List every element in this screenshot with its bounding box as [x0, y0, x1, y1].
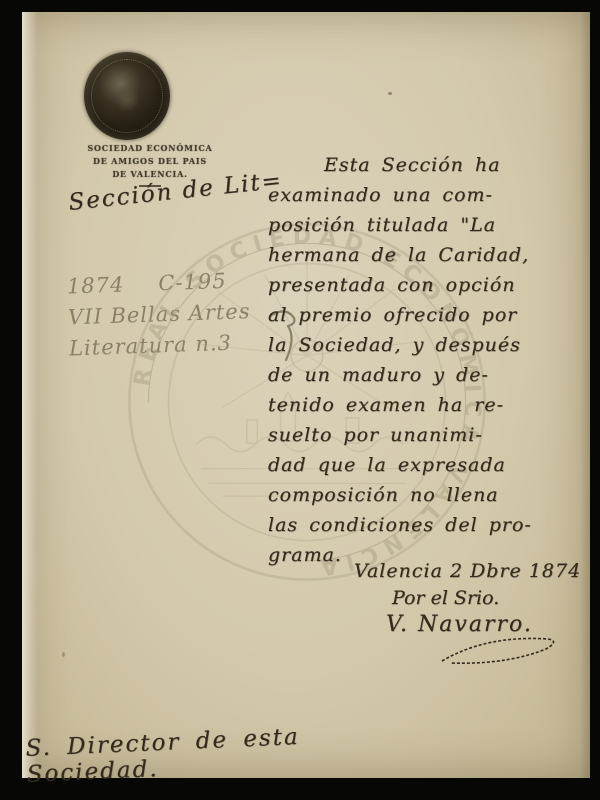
body-line: suelto por unanimi- — [268, 420, 584, 450]
letter-body: Esta Sección ha examinado una com- posic… — [268, 150, 584, 570]
body-line: hermana de la Caridad, — [268, 240, 584, 270]
document-page: SOCIEDAD ECONÓMICA DE AMIGOS DEL PAIS DE… — [22, 12, 590, 778]
secretary-line: Por el Srio. — [268, 587, 598, 609]
signature-flourish-icon — [436, 633, 566, 667]
scan-background: SOCIEDAD ECONÓMICA DE AMIGOS DEL PAIS DE… — [0, 0, 600, 800]
body-line: las condiciones del pro- — [268, 510, 584, 540]
ink-seal-stamp — [84, 52, 170, 140]
body-line: tenido examen ha re- — [268, 390, 584, 420]
body-line: composición no llena — [268, 480, 584, 510]
letter-closing: Valencia 2 Dbre 1874 Por el Srio. V. Nav… — [268, 560, 598, 671]
body-line: examinado una com- — [268, 180, 584, 210]
body-line: dad que la expresada — [268, 450, 584, 480]
body-line: posición titulada "La — [268, 210, 584, 240]
paper-speck — [62, 652, 65, 657]
pencil-year: 1874 — [67, 273, 125, 299]
letterhead-line2: DE AMIGOS DEL PAIS — [74, 155, 226, 168]
body-line: presentada con opción — [268, 270, 584, 300]
letterhead-line1: SOCIEDAD ECONÓMICA — [74, 142, 226, 155]
body-line: al premio ofrecido por — [268, 300, 584, 330]
addressee-line: S. Director de esta Sociedad. — [25, 720, 387, 788]
paper-speck — [388, 92, 392, 95]
body-line: la Sociedad, y después — [268, 330, 584, 360]
body-line: de un maduro y de- — [268, 360, 584, 390]
body-line: Esta Sección ha — [268, 150, 584, 180]
date-line: Valencia 2 Dbre 1874 — [268, 560, 598, 582]
